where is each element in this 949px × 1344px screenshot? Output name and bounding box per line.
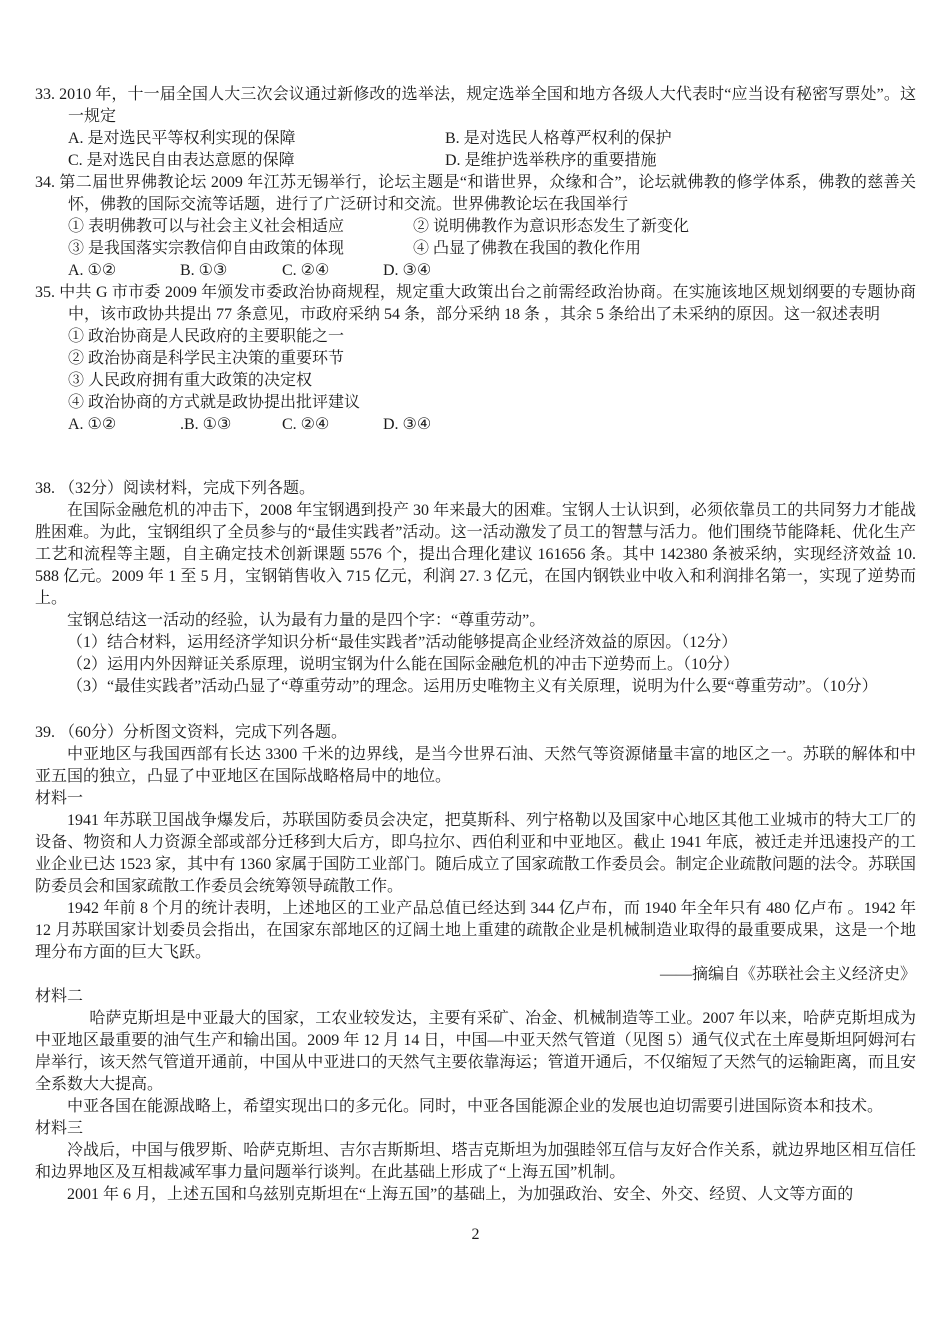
question-33-option-d: D. 是维护选举秩序的重要措施	[445, 150, 657, 172]
question-38: 38. （32分）阅读材料，完成下列各题。 在国际金融危机的冲击下，2008 年…	[35, 478, 916, 698]
question-35: 35. 中共 G 市市委 2009 年颁发市委政治协商规程，规定重大政策出台之前…	[35, 282, 916, 436]
material-2-para-2: 中亚各国在能源战略上，希望实现出口的多元化。同时，中亚各国能源企业的发展也迫切需…	[35, 1096, 916, 1118]
question-34-item-3: ③ 是我国落实宗教信仰自由政策的体现	[68, 238, 413, 260]
question-35-stem: 35. 中共 G 市市委 2009 年颁发市委政治协商规程，规定重大政策出台之前…	[35, 282, 916, 326]
question-38-heading: 38. （32分）阅读材料，完成下列各题。	[35, 478, 916, 500]
material-3-label: 材料三	[35, 1118, 916, 1140]
question-34-stem: 34. 第二届世界佛教论坛 2009 年江苏无锡举行，论坛主题是“和谐世界，众缘…	[35, 172, 916, 216]
question-34-items-row-1: ① 表明佛教可以与社会主义社会相适应 ② 说明佛教作为意识形态发生了新变化	[35, 216, 916, 238]
question-34-option-b: B. ①③	[180, 260, 282, 282]
question-33-stem: 33. 2010 年，十一届全国人大三次会议通过新修改的选举法，规定选举全国和地…	[35, 84, 916, 128]
question-33-option-a: A. 是对选民平等权利实现的保障	[68, 128, 445, 150]
question-38-sub-question-1: （1）结合材料，运用经济学知识分析“最佳实践者”活动能够提高企业经济效益的原因。…	[35, 632, 916, 654]
material-1-para-1: 1941 年苏联卫国战争爆发后，苏联国防委员会决定，把莫斯科、列宁格勒以及国家中…	[35, 810, 916, 898]
question-35-item-2: ② 政治协商是科学民主决策的重要环节	[35, 348, 916, 370]
question-34-items-row-2: ③ 是我国落实宗教信仰自由政策的体现 ④ 凸显了佛教在我国的教化作用	[35, 238, 916, 260]
material-3-para-1: 冷战后，中国与俄罗斯、哈萨克斯坦、吉尔吉斯斯坦、塔吉克斯坦为加强睦邻互信与友好合…	[35, 1140, 916, 1184]
question-34-option-d: D. ③④	[383, 260, 431, 282]
question-33-option-b: B. 是对选民人格尊严权利的保护	[445, 128, 672, 150]
question-34-option-a: A. ①②	[68, 260, 180, 282]
material-2-para-1: 哈萨克斯坦是中亚最大的国家，工农业较发达，主要有采矿、冶金、机械制造等工业。20…	[35, 1008, 916, 1096]
question-38-sub-question-2: （2）运用内外因辩证关系原理，说明宝钢为什么能在国际金融危机的冲击下逆势而上。（…	[35, 654, 916, 676]
question-35-item-1: ① 政治协商是人民政府的主要职能之一	[35, 326, 916, 348]
question-33: 33. 2010 年，十一届全国人大三次会议通过新修改的选举法，规定选举全国和地…	[35, 84, 916, 172]
question-34-item-4: ④ 凸显了佛教在我国的教化作用	[413, 238, 641, 260]
question-35-item-3: ③ 人民政府拥有重大政策的决定权	[35, 370, 916, 392]
question-35-item-4: ④ 政治协商的方式就是政协提出批评建议	[35, 392, 916, 414]
material-3-para-2: 2001 年 6 月，上述五国和乌兹别克斯坦在“上海五国”的基础上，为加强政治、…	[35, 1184, 916, 1206]
material-1-para-2: 1942 年前 8 个月的统计表明，上述地区的工业产品总值已经达到 344 亿卢…	[35, 898, 916, 964]
question-39-intro: 中亚地区与我国西部有长达 3300 千米的边界线，是当今世界石油、天然气等资源储…	[35, 744, 916, 788]
material-1-label: 材料一	[35, 788, 916, 810]
question-33-option-c: C. 是对选民自由表达意愿的保障	[68, 150, 445, 172]
question-34-item-2: ② 说明佛教作为意识形态发生了新变化	[413, 216, 689, 238]
question-39: 39. （60分）分析图文资料，完成下列各题。 中亚地区与我国西部有长达 330…	[35, 722, 916, 1206]
question-35-option-d: D. ③④	[383, 414, 431, 436]
question-35-option-c: C. ②④	[282, 414, 383, 436]
material-1-source: ——摘编自《苏联社会主义经济史》	[35, 964, 916, 986]
exam-page: 33. 2010 年，十一届全国人大三次会议通过新修改的选举法，规定选举全国和地…	[0, 0, 949, 1246]
question-35-options-row: A. ①② .B. ①③ C. ②④ D. ③④	[35, 414, 916, 436]
page-number: 2	[35, 1224, 916, 1246]
question-34-option-c: C. ②④	[282, 260, 383, 282]
material-2-label: 材料二	[35, 986, 916, 1008]
question-33-options-row-2: C. 是对选民自由表达意愿的保障 D. 是维护选举秩序的重要措施	[35, 150, 916, 172]
question-34-item-1: ① 表明佛教可以与社会主义社会相适应	[68, 216, 413, 238]
question-34: 34. 第二届世界佛教论坛 2009 年江苏无锡举行，论坛主题是“和谐世界，众缘…	[35, 172, 916, 282]
question-34-options-row: A. ①② B. ①③ C. ②④ D. ③④	[35, 260, 916, 282]
question-35-option-b: .B. ①③	[180, 414, 282, 436]
question-39-heading: 39. （60分）分析图文资料，完成下列各题。	[35, 722, 916, 744]
question-38-para-2: 宝钢总结这一活动的经验，认为最有力量的是四个字：“尊重劳动”。	[35, 610, 916, 632]
question-35-option-a: A. ①②	[68, 414, 180, 436]
question-33-options-row-1: A. 是对选民平等权利实现的保障 B. 是对选民人格尊严权利的保护	[35, 128, 916, 150]
question-38-para-1: 在国际金融危机的冲击下，2008 年宝钢遇到投产 30 年来最大的困难。宝钢人士…	[35, 500, 916, 610]
question-38-sub-question-3: （3）“最佳实践者”活动凸显了“尊重劳动”的理念。运用历史唯物主义有关原理，说明…	[35, 676, 916, 698]
